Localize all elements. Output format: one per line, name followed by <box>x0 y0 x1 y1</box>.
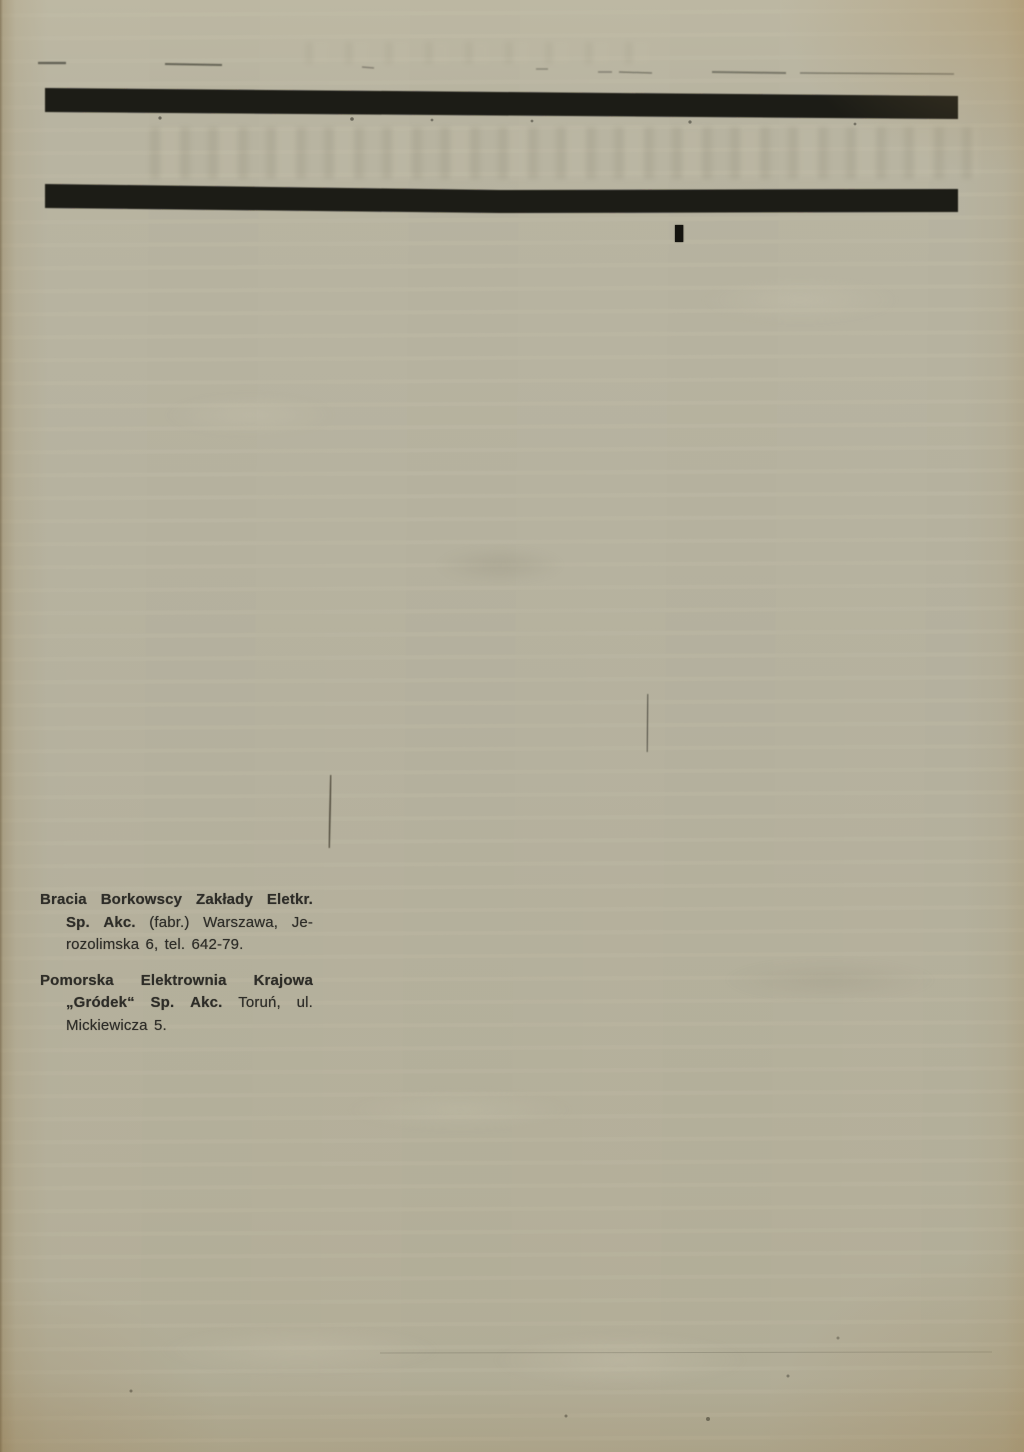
entry-word: rozolimska <box>66 934 139 957</box>
ink-speck <box>158 116 161 119</box>
directory-entry: BraciaBorkowscyZakładyEletkr.Sp.Akc.(fab… <box>40 889 313 957</box>
entry-word: Mickiewicza <box>66 1015 148 1038</box>
faint-bottom-line <box>380 1352 992 1353</box>
entry-word: 5. <box>154 1015 167 1038</box>
entry-word: Elektrownia <box>141 970 227 993</box>
printed-artwork-layer <box>0 0 1024 1452</box>
ink-speck <box>854 123 857 126</box>
entry-line: rozolimska6,tel.642-79. <box>66 934 313 957</box>
stray-ink-mark: I <box>671 224 687 247</box>
entry-word: Bracia <box>40 889 87 912</box>
entry-word: Je- <box>292 912 313 935</box>
entry-word: Zakłady <box>196 889 253 912</box>
ink-dash <box>362 67 374 68</box>
entry-line: „Gródek“Sp.Akc.Toruń,ul. <box>66 992 313 1015</box>
entry-word: Toruń, <box>238 992 281 1015</box>
ink-dash <box>165 64 222 65</box>
ink-dash <box>619 72 652 73</box>
entry-word: Akc. <box>103 912 135 935</box>
faint-dash-row <box>38 63 954 74</box>
entry-word: (fabr.) <box>149 912 189 935</box>
vertical-hairline-mark <box>647 694 648 752</box>
entry-word: „Gródek“ <box>66 992 135 1015</box>
entry-word: Warszawa, <box>203 912 278 935</box>
entry-word: tel. <box>165 934 186 957</box>
ink-speck <box>706 1417 710 1421</box>
top-rule-bar-2 <box>45 184 958 213</box>
entry-word: 642-79. <box>192 934 244 957</box>
entry-word: Krajowa <box>254 970 313 993</box>
entry-line: Mickiewicza5. <box>66 1015 313 1038</box>
entry-word: Sp. <box>66 912 90 935</box>
directory-entries: BraciaBorkowscyZakładyEletkr.Sp.Akc.(fab… <box>40 889 313 1050</box>
ink-line <box>800 73 954 74</box>
ink-speck <box>431 119 434 122</box>
ink-specks-under-rule <box>158 116 856 125</box>
entry-word: Borkowscy <box>101 889 182 912</box>
entry-word: 6, <box>145 934 158 957</box>
bottom-specks <box>130 1337 840 1422</box>
entry-word: Eletkr. <box>267 889 313 912</box>
ink-dash <box>712 72 786 73</box>
top-rule-bar-1 <box>45 88 958 119</box>
ink-speck <box>837 1337 840 1340</box>
entry-word: ul. <box>297 992 313 1015</box>
ink-speck <box>350 117 354 121</box>
entry-line: Sp.Akc.(fabr.)Warszawa,Je- <box>66 912 313 935</box>
entry-word: Akc. <box>190 992 222 1015</box>
ink-speck <box>565 1415 568 1418</box>
ink-speck <box>688 120 691 123</box>
entry-line: PomorskaElektrowniaKrajowa <box>40 970 313 993</box>
ink-speck <box>531 120 534 123</box>
vertical-hairline-mark <box>329 775 331 848</box>
ink-speck <box>130 1390 133 1393</box>
entry-line: BraciaBorkowscyZakładyEletkr. <box>40 889 313 912</box>
entry-word: Pomorska <box>40 970 114 993</box>
entry-word: Sp. <box>151 992 175 1015</box>
ink-speck <box>787 1375 790 1378</box>
directory-entry: PomorskaElektrowniaKrajowa„Gródek“Sp.Akc… <box>40 970 313 1038</box>
scanned-directory-page: I BraciaBorkowscyZakładyEletkr.Sp.Akc.(f… <box>0 0 1024 1452</box>
